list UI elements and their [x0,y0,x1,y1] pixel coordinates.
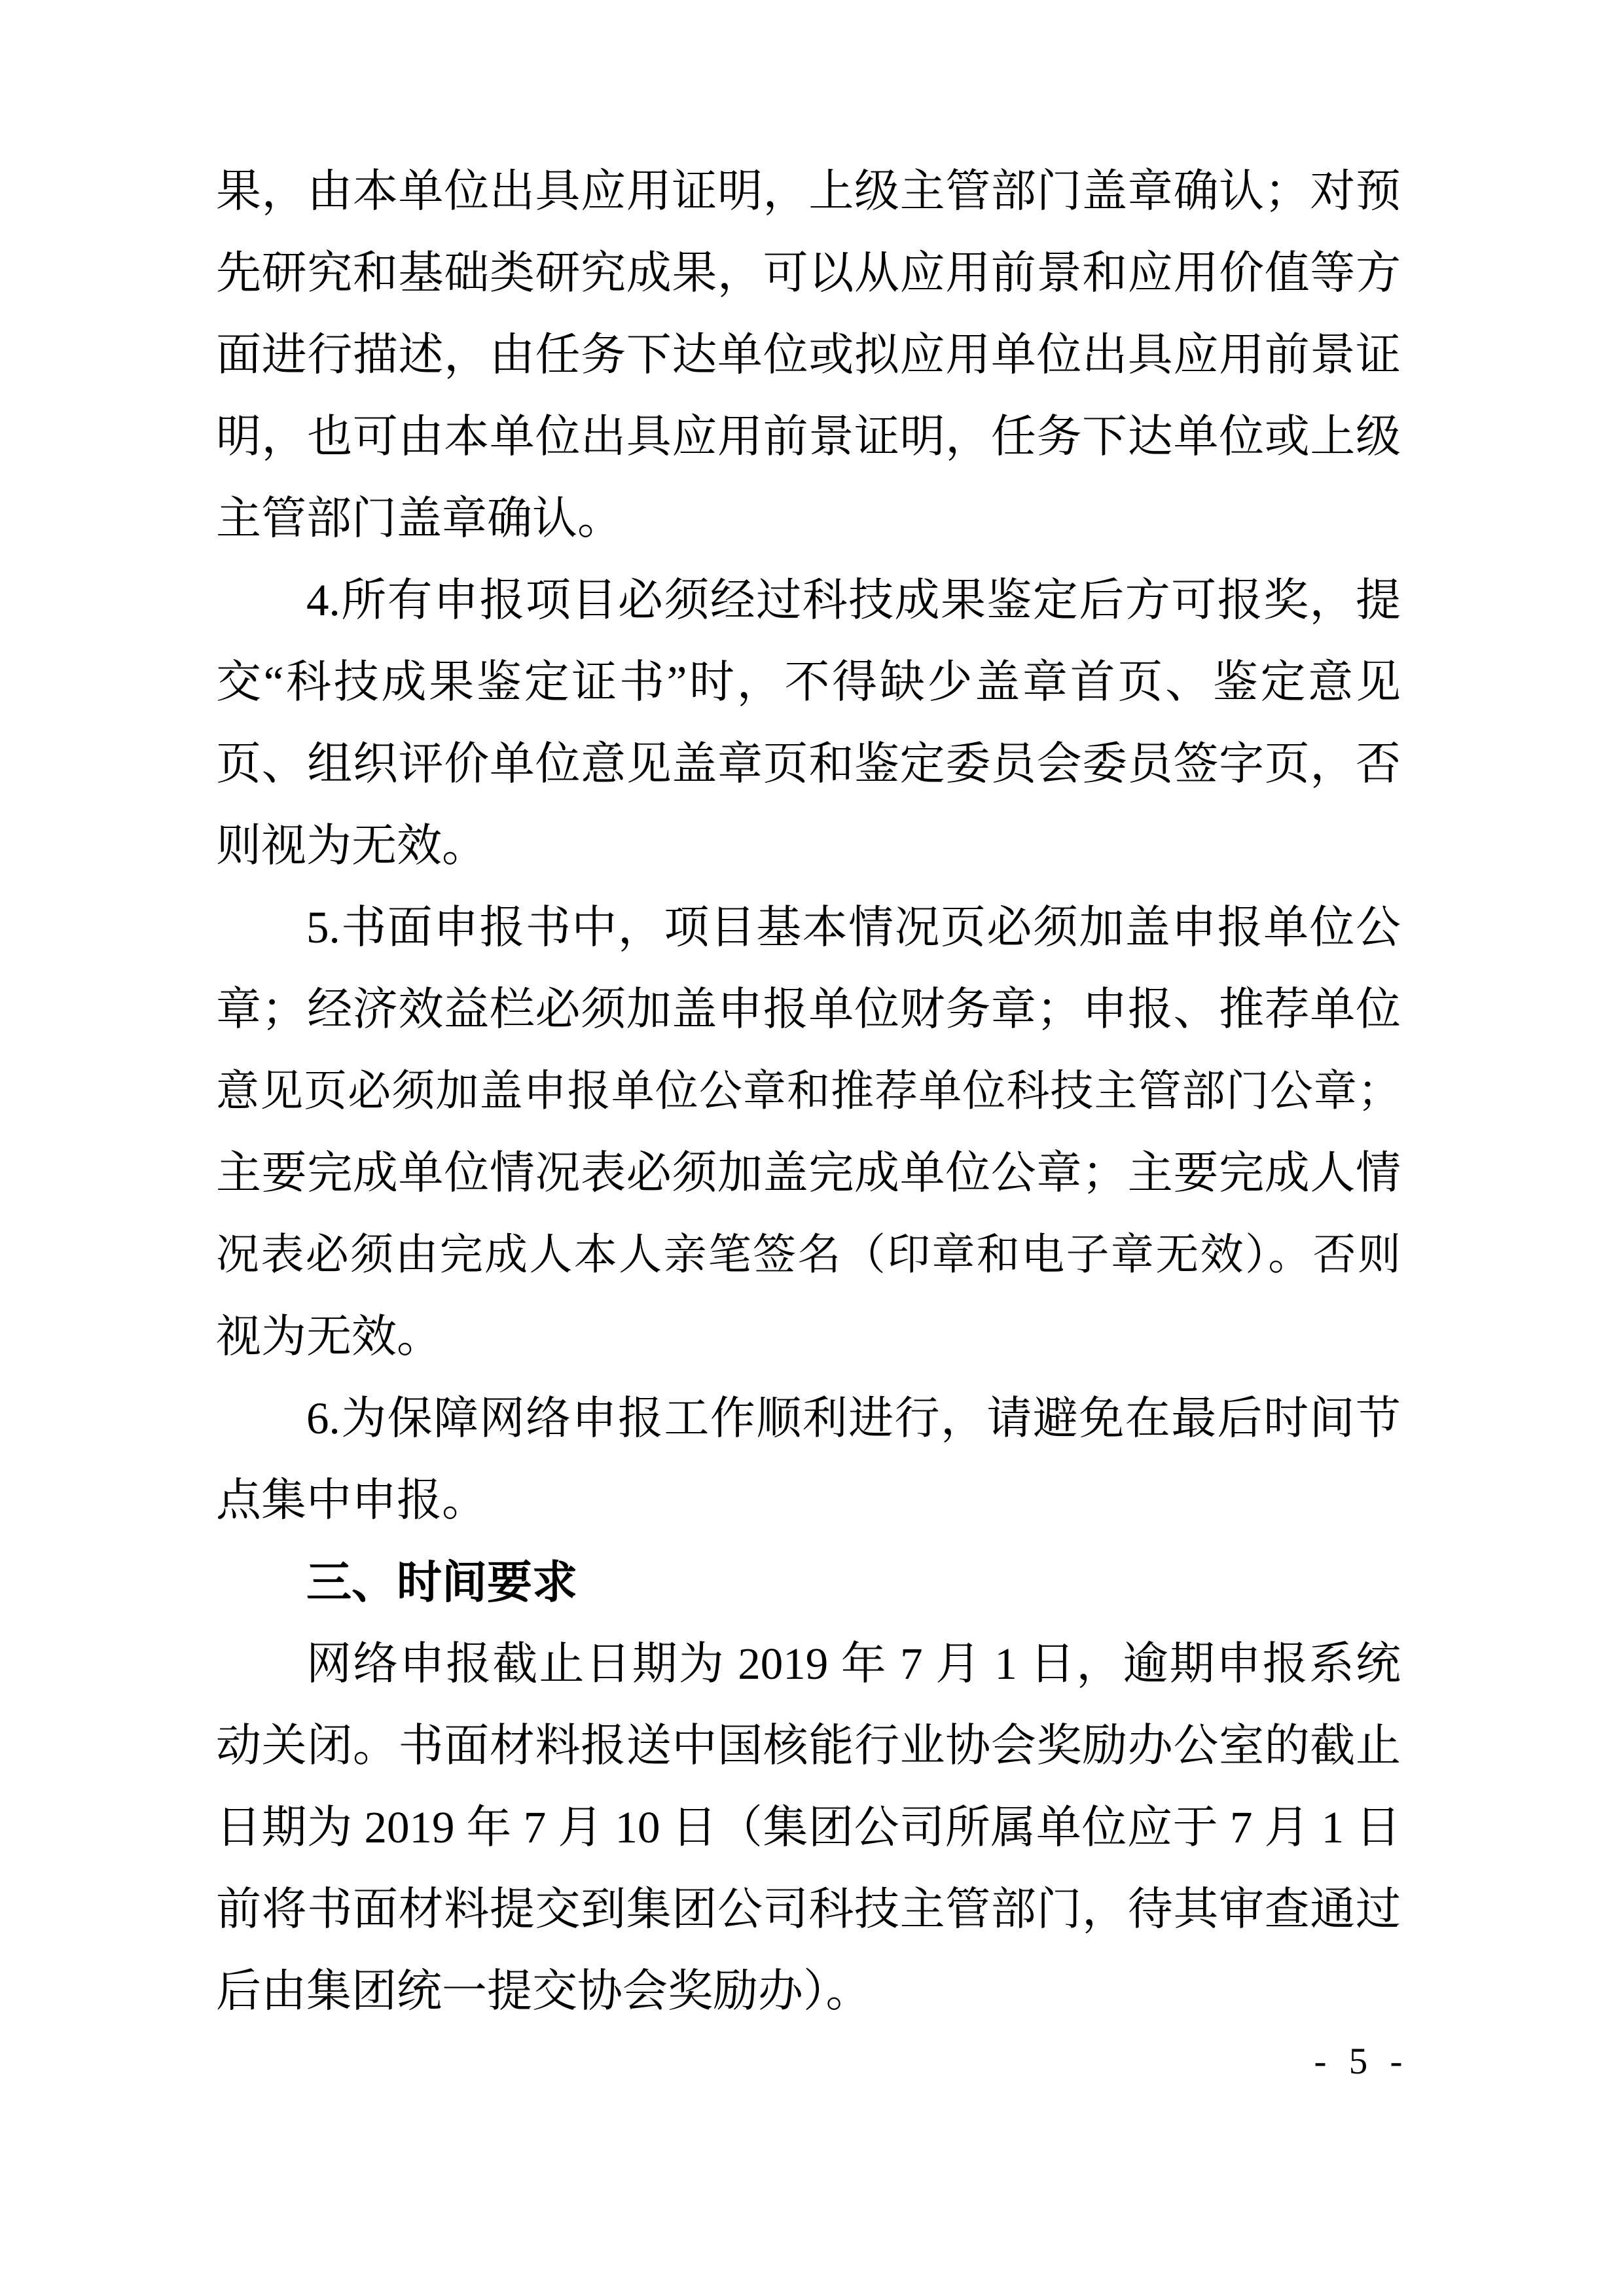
text-line: 先研究和基础类研究成果，可以从应用前景和应用价值等方 [216,232,1401,314]
text-line: 主管部门盖章确认。 [216,478,1401,560]
text-line: 网络申报截止日期为 2019 年 7 月 1 日，逾期申报系统自 [216,1623,1401,1705]
text-line: 6.为保障网络申报工作顺利进行，请避免在最后时间节 [216,1378,1401,1460]
section-heading: 三、时间要求 [216,1541,1401,1623]
text-line: 视为无效。 [216,1296,1401,1378]
text-line: 明，也可由本单位出具应用前景证明，任务下达单位或上级 [216,396,1401,478]
text-line: 后由集团统一提交协会奖励办）。 [216,1950,1401,2032]
text-line: 交“科技成果鉴定证书”时，不得缺少盖章首页、鉴定意见 [216,641,1401,723]
text-line: 动关闭。书面材料报送中国核能行业协会奖励办公室的截止 [216,1705,1401,1787]
document-page: 果，由本单位出具应用证明，上级主管部门盖章确认；对预 先研究和基础类研究成果，可… [0,0,1624,2296]
text-line: 5.书面申报书中，项目基本情况页必须加盖申报单位公 [216,887,1401,969]
text-line: 4.所有申报项目必须经过科技成果鉴定后方可报奖，提 [216,560,1401,641]
text-line: 则视为无效。 [216,805,1401,887]
text-line: 点集中申报。 [216,1460,1401,1541]
body-text-block: 果，由本单位出具应用证明，上级主管部门盖章确认；对预 先研究和基础类研究成果，可… [216,151,1401,2032]
text-line: 果，由本单位出具应用证明，上级主管部门盖章确认；对预 [216,151,1401,232]
text-line: 主要完成单位情况表必须加盖完成单位公章；主要完成人情 [216,1132,1401,1214]
text-line: 日期为 2019 年 7 月 10 日（集团公司所属单位应于 7 月 1 日 [216,1787,1401,1869]
page-number: - 5 - [1293,2026,1430,2098]
text-line: 前将书面材料提交到集团公司科技主管部门，待其审查通过 [216,1869,1401,1950]
text-line: 页、组织评价单位意见盖章页和鉴定委员会委员签字页，否 [216,723,1401,805]
text-line: 意见页必须加盖申报单位公章和推荐单位科技主管部门公章； [216,1050,1401,1132]
text-line: 况表必须由完成人本人亲笔签名（印章和电子章无效）。否则 [216,1214,1401,1296]
text-line: 面进行描述，由任务下达单位或拟应用单位出具应用前景证 [216,314,1401,396]
text-line: 章；经济效益栏必须加盖申报单位财务章；申报、推荐单位 [216,969,1401,1050]
